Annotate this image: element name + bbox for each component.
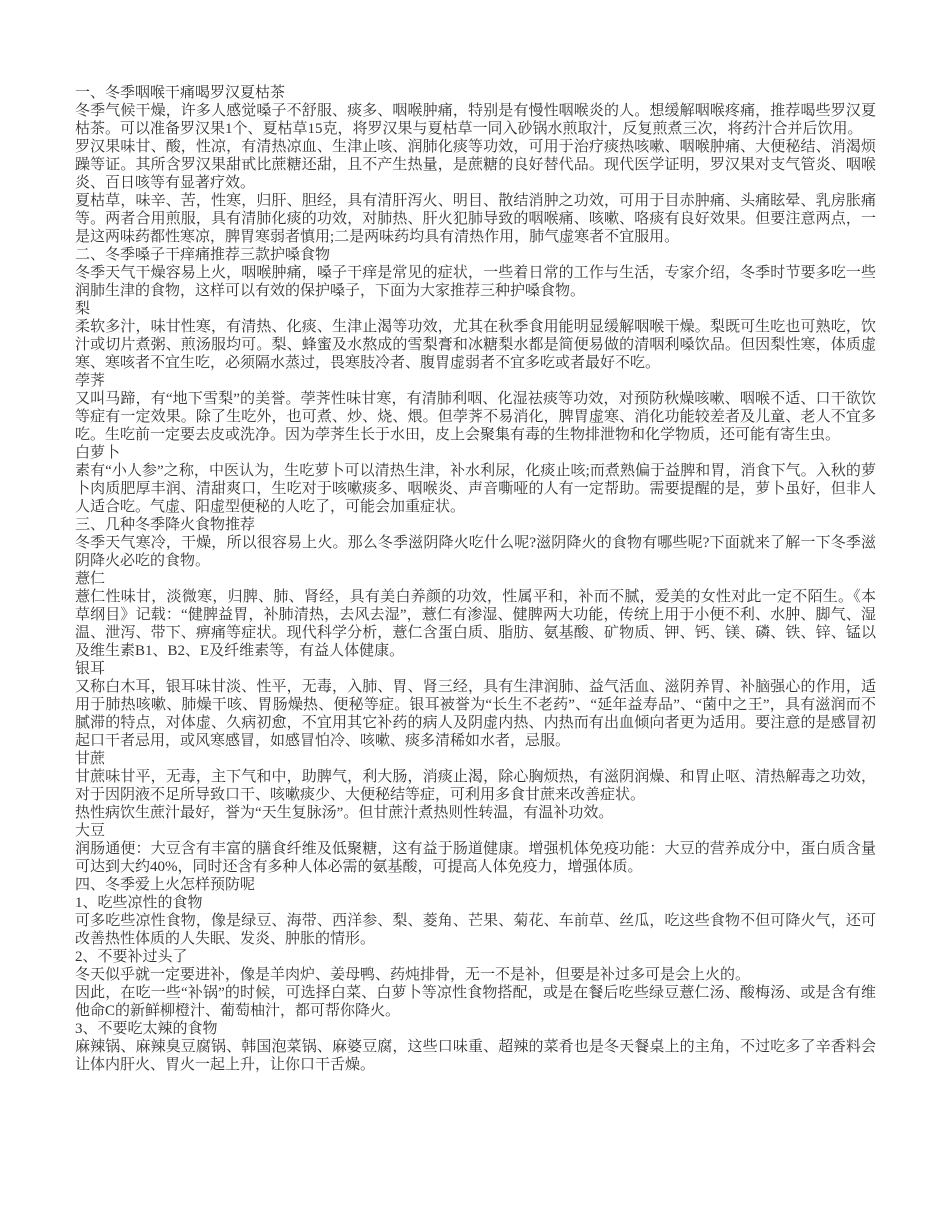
paragraph-sugarcane: 甘蔗味甘平，无毒，主下气和中，助脾气，利大肠，消痰止渴，除心胸烦热，有滋阴润燥、… xyxy=(75,768,876,804)
item-heading-tip-3: 3、不要吃太辣的食物 xyxy=(75,1020,876,1038)
paragraph-fire-reducing-intro: 冬季天气寒冷，干燥，所以很容易上火。那么冬季滋阴降火吃什么呢?滋阴降火的食物有哪… xyxy=(75,534,876,570)
paragraph-tip-1: 可多吃些凉性食物，像是绿豆、海带、西洋参、梨、菱角、芒果、菊花、车前草、丝瓜，吃… xyxy=(75,912,876,948)
item-heading-radish: 白萝卜 xyxy=(75,444,876,462)
paragraph-tremella: 又称白木耳，银耳味甘淡、性平，无毒，入肺、胃、肾三经，具有生津润肺、益气活血、滋… xyxy=(75,678,876,750)
item-heading-coix: 薏仁 xyxy=(75,570,876,588)
section-heading-2: 二、冬季嗓子干痒痛推荐三款护嗓食物 xyxy=(75,246,876,264)
paragraph-soybean: 润肠通便：大豆含有丰富的膳食纤维及低聚糖，这有益于肠道健康。增强机体免疫功能：大… xyxy=(75,840,876,876)
item-heading-tip-1: 1、吃些凉性的食物 xyxy=(75,894,876,912)
paragraph-coix: 薏仁性味甘，淡微寒，归脾、肺、肾经，具有美白养颜的功效，性属平和，补而不腻，爱美… xyxy=(75,588,876,660)
paragraph-xiakucao: 夏枯草，味辛、苦，性寒，归肝、胆经，具有清肝泻火、明目、散结消肿之功效，可用于目… xyxy=(75,192,876,246)
paragraph-waterchestnut: 又叫马蹄，有“地下雪梨”的美誉。荸荠性味甘寒，有清肺利咽、化湿祛痰等功效，对预防… xyxy=(75,390,876,444)
paragraph-radish: 素有“小人参”之称，中医认为，生吃萝卜可以清热生津，补水利尿，化痰止咳;而煮熟偏… xyxy=(75,462,876,516)
item-heading-sugarcane: 甘蔗 xyxy=(75,750,876,768)
section-heading-4: 四、冬季爱上火怎样预防呢 xyxy=(75,876,876,894)
item-heading-tremella: 银耳 xyxy=(75,660,876,678)
item-heading-waterchestnut: 荸荠 xyxy=(75,372,876,390)
paragraph-tip-2b: 因此，在吃一些“补锅”的时候，可选择白菜、白萝卜等凉性食物搭配，或是在餐后吃些绿… xyxy=(75,984,876,1020)
paragraph-throat-foods-intro: 冬季天气干燥容易上火，咽喉肿痛，嗓子干痒是常见的症状，一些着日常的工作与生活，专… xyxy=(75,264,876,300)
paragraph-intro-tea: 冬季气候干燥，许多人感觉嗓子不舒服、痰多、咽喉肿痛，特别是有慢性咽喉炎的人。想缓… xyxy=(75,102,876,138)
item-heading-tip-2: 2、不要补过头了 xyxy=(75,948,876,966)
document-page: 一、冬季咽喉干痛喝罗汉夏枯茶 冬季气候干燥，许多人感觉嗓子不舒服、痰多、咽喉肿痛… xyxy=(75,84,876,1074)
paragraph-luohanguo: 罗汉果味甘、酸，性凉，有清热凉血、生津止咳、润肺化痰等功效，可用于治疗痰热咳嗽、… xyxy=(75,138,876,192)
paragraph-tip-3: 麻辣锅、麻辣臭豆腐锅、韩国泡菜锅、麻婆豆腐，这些口味重、超辣的菜肴也是冬天餐桌上… xyxy=(75,1038,876,1074)
item-heading-soybean: 大豆 xyxy=(75,822,876,840)
paragraph-tip-2a: 冬天似乎就一定要进补，像是羊肉炉、姜母鸭、药炖排骨，无一不是补，但要是补过多可是… xyxy=(75,966,876,984)
section-heading-1: 一、冬季咽喉干痛喝罗汉夏枯茶 xyxy=(75,84,876,102)
section-heading-3: 三、几种冬季降火食物推荐 xyxy=(75,516,876,534)
paragraph-pear: 柔软多汁，味甘性寒，有清热、化痰、生津止渴等功效，尤其在秋季食用能明显缓解咽喉干… xyxy=(75,318,876,372)
paragraph-sugarcane-juice: 热性病饮生蔗汁最好，誉为“天生复脉汤”。但甘蔗汁煮热则性转温，有温补功效。 xyxy=(75,804,876,822)
item-heading-pear: 梨 xyxy=(75,300,876,318)
